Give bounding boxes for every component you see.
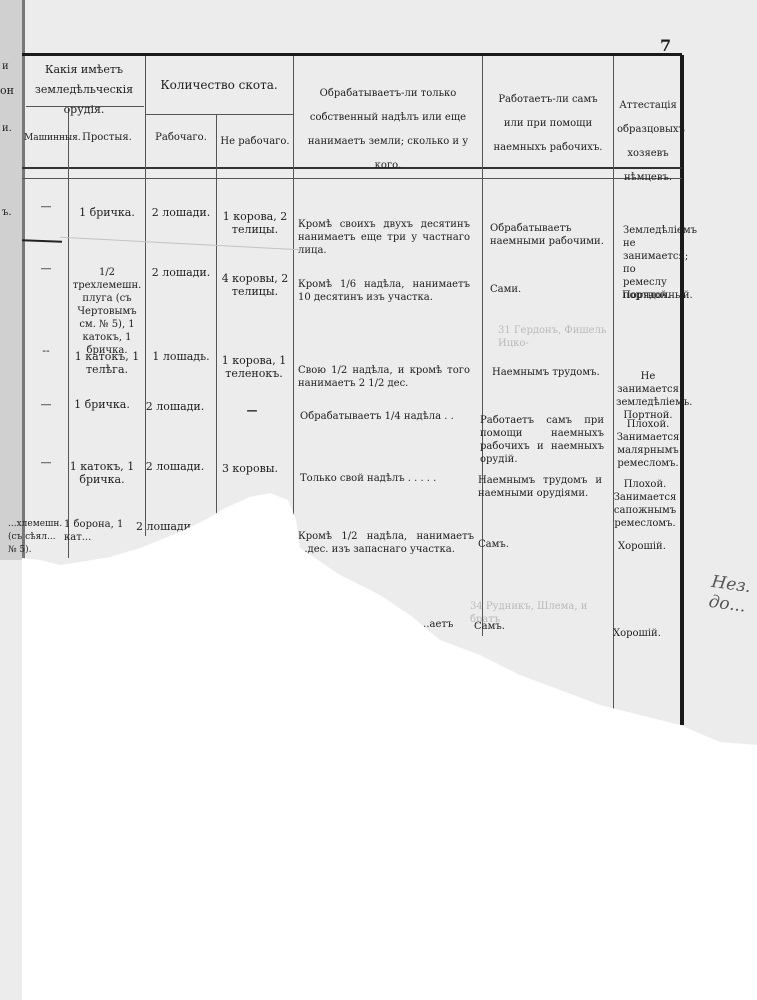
cell-simple: 1 борона, 1 кат... bbox=[64, 518, 128, 544]
cell-nonworking: — bbox=[214, 404, 290, 417]
cell-land: Кромѣ своихъ двухъ десятинъ нанимаетъ ещ… bbox=[298, 218, 470, 257]
cell-machine: — bbox=[26, 200, 66, 213]
cell-land: Обрабатываетъ 1/4 надѣла . . bbox=[300, 410, 476, 423]
cell-attestation: Плохой. Занимается сапожнымъ ремесломъ. bbox=[612, 478, 678, 530]
cell-nonworking: 1 корова, 1 теленокъ. bbox=[216, 354, 292, 380]
cell-machine: — bbox=[26, 262, 66, 275]
cell-simple: 1 катокъ, 1 бричка. bbox=[60, 460, 144, 486]
cell-labor: Самъ. bbox=[478, 538, 602, 551]
header-attestation: Аттестація образцовыхъ хозяевъ нѣмцевъ. bbox=[617, 94, 679, 190]
header-land-use: Обрабатываетъ-ли только собственный надѣ… bbox=[300, 82, 476, 178]
cell-nonworking: 1 корова, 2 телицы. bbox=[220, 210, 290, 236]
header-livestock-working: Рабочаго. bbox=[146, 128, 216, 148]
cell-labor: Работаетъ самъ при помощи наемныхъ рабоч… bbox=[480, 414, 604, 466]
cell-attestation: Не занимается земледѣліемъ. Портной. bbox=[616, 370, 680, 422]
cell-working: 2 лошади. bbox=[146, 206, 216, 219]
paper-crease bbox=[60, 237, 300, 251]
table-right-rule bbox=[680, 55, 684, 725]
cell-nonworking: 3 коровы. bbox=[212, 462, 288, 475]
margin-fragment: и. bbox=[2, 122, 12, 135]
cell-working: 2 лошади. bbox=[140, 460, 210, 473]
cell-labor: Сами. bbox=[490, 283, 606, 296]
header-livestock-nonworking: Не рабочаго. bbox=[217, 132, 293, 152]
cell-attestation: Плохой. Занимается малярнымъ ремесломъ. bbox=[616, 418, 680, 470]
cell-working: 2 лошади. bbox=[140, 400, 210, 413]
cell-land: Свою 1/2 надѣла, и кромѣ того нанимаетъ … bbox=[298, 364, 470, 390]
cell-simple: 1 бричка. bbox=[60, 398, 144, 411]
cell-machine: ...хлемешн. (съ сѣял... № 5). bbox=[8, 518, 58, 557]
cell-simple: 1 катокъ, 1 телѣга. bbox=[70, 350, 144, 376]
cell-nonworking: 4 коровы, 2 телицы. bbox=[220, 272, 290, 298]
header-tools-machine: Машинныя. bbox=[24, 128, 68, 148]
cell-labor: Наемнымъ трудомъ и наемными орудіями. bbox=[478, 474, 602, 500]
subheader-rule bbox=[146, 114, 293, 115]
cell-attestation: Хорошій. bbox=[618, 540, 678, 553]
cell-land: Кромѣ 1/2 надѣла, нанимаетъ ...дес. изъ … bbox=[298, 530, 474, 556]
header-tools-simple: Простыя. bbox=[69, 128, 145, 148]
header-labor: Работаетъ-ли самъ или при помощи наемных… bbox=[487, 88, 609, 160]
col-divider bbox=[293, 56, 294, 526]
margin-fragment: он bbox=[0, 84, 14, 97]
bleed-through-text: 31 Гердонъ, Фишель Ицко- bbox=[498, 324, 618, 350]
cell-attestation: Хорошій. bbox=[613, 627, 673, 640]
cell-labor: Обрабатываетъ наемными рабочими. bbox=[490, 222, 606, 248]
handwritten-note: Нез. до... bbox=[707, 572, 757, 618]
margin-fragment: ъ. bbox=[2, 206, 12, 219]
col-divider bbox=[68, 108, 69, 558]
header-livestock-group: Количество скота. bbox=[146, 75, 292, 95]
paper-crease bbox=[22, 239, 62, 242]
table-top-rule bbox=[22, 53, 682, 56]
cell-simple: 1 бричка. bbox=[70, 206, 144, 219]
cell-land: Кромѣ 1/6 надѣла, нанимаетъ 10 десятинъ … bbox=[298, 278, 470, 304]
bleed-through-text: 34 Рудникъ, Шлема, и братъ bbox=[470, 600, 620, 626]
cell-labor: Наемнымъ трудомъ. bbox=[492, 366, 608, 379]
cell-land: Только свой надѣлъ . . . . . bbox=[300, 472, 476, 485]
cell-simple: 1/2 трехлемешн. плуга (съ Чертовымъ см. … bbox=[70, 266, 144, 357]
margin-fragment: и bbox=[2, 60, 9, 73]
cell-machine: -- bbox=[26, 344, 66, 357]
header-double-rule bbox=[22, 178, 682, 179]
cell-working: 1 лошадь. bbox=[146, 350, 216, 363]
header-tools-group: Какія имѣетъ земледѣльческія орудія. bbox=[24, 60, 144, 120]
cell-attestation: Порядочный. bbox=[622, 289, 682, 302]
cell-working: 2 лошади. bbox=[146, 266, 216, 279]
